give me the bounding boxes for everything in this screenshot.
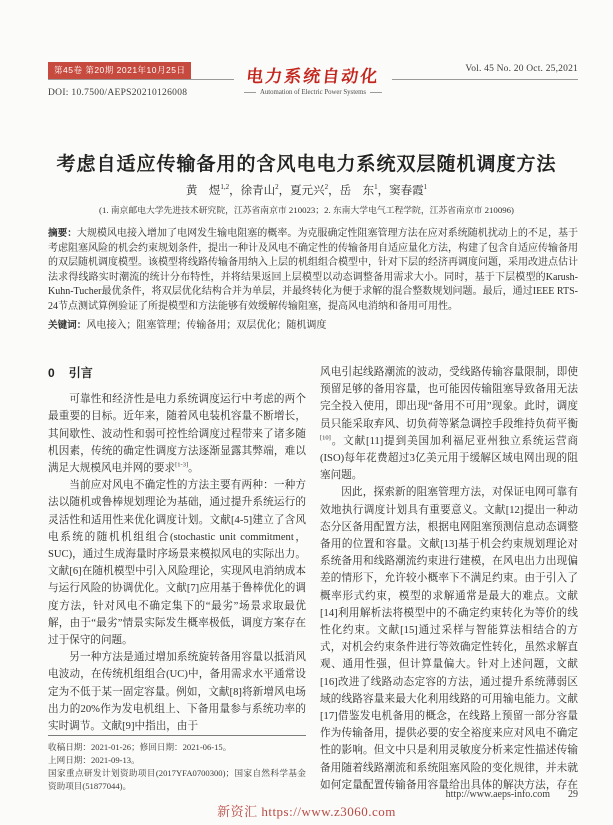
- intro-paragraph-3: 另一种方法是通过增加系统旋转备用容量以抵消风电波动，在传统机组组合(UC)中，备…: [48, 649, 306, 735]
- affiliation-line: (1. 南京邮电大学先进技术研究院，江苏省南京市 210023；2. 东南大学电…: [0, 203, 613, 216]
- page-header: 第45卷 第20期 2021年10月25日 DOI: 10.7500/AEPS2…: [48, 62, 578, 108]
- volume-info: Vol. 45 No. 20 Oct. 25,2021: [465, 64, 578, 74]
- journal-page: 第45卷 第20期 2021年10月25日 DOI: 10.7500/AEPS2…: [0, 0, 613, 825]
- keywords-line: 关键词：风电接入；阻塞管理；传输备用；双层优化；随机调度: [48, 319, 578, 334]
- keywords-label: 关键词：: [48, 320, 86, 331]
- intro-paragraph-4: 风电引起线路潮流的波动，受线路传输容量限制，即使预留足够的备用容量，也可能因传输…: [320, 364, 578, 484]
- abstract-label: 摘要：: [48, 228, 77, 239]
- section-heading-introduction: 0引言: [48, 365, 306, 382]
- abstract-text: 大规模风电接入增加了电网发生输电阻塞的概率。为克服确定性阻塞管理方法在应对系统随…: [48, 228, 578, 312]
- footnote-online-date: 上网日期：2021-09-13。: [48, 754, 306, 767]
- intro-paragraph-5: 因此，探索新的阻塞管理方法，对保证电网可靠有效地执行调度计划具有重要意义。文献[…: [320, 484, 578, 792]
- journal-website-url: http://www.aeps-info.com: [446, 789, 550, 800]
- footnote-block: 收稿日期：2021-01-26；修回日期：2021-06-15。 上网日期：20…: [48, 735, 306, 792]
- article-title: 考虑自适应传输备用的含风电电力系统双层随机调度方法: [0, 149, 613, 176]
- footnote-received-date: 收稿日期：2021-01-26；修回日期：2021-06-15。: [48, 741, 306, 754]
- right-column: 风电引起线路潮流的波动，受线路传输容量限制，即使预留足够的备用容量，也可能因传输…: [320, 364, 578, 792]
- page-number: 29: [568, 789, 578, 800]
- left-column: 0引言 可靠性和经济性是电力系统调度运行中考虑的两个最重要的目标。近年来，随着风…: [48, 364, 306, 792]
- intro-paragraph-1: 可靠性和经济性是电力系统调度运行中考虑的两个最重要的目标。近年来，随着风电装机容…: [48, 391, 306, 477]
- journal-logo-cn: 电力系统自动化: [243, 62, 384, 87]
- keywords-text: 风电接入；阻塞管理；传输备用；双层优化；随机调度: [86, 320, 326, 331]
- abstract-block: 摘要：大规模风电接入增加了电网发生输电阻塞的概率。为克服确定性阻塞管理方法在应对…: [48, 227, 578, 333]
- footnote-funding: 国家重点研发计划资助项目(2017YFA0700300)；国家自然科学基金资助项…: [48, 767, 306, 792]
- intro-paragraph-2: 当前应对风电不确定性的方法主要有两种：一种方法以随机或鲁棒规划理论为基础，通过提…: [48, 477, 306, 649]
- journal-logo-en: Automation of Electric Power Systems: [244, 89, 382, 96]
- body-columns: 0引言 可靠性和经济性是电力系统调度运行中考虑的两个最重要的目标。近年来，随着风…: [48, 364, 578, 792]
- doi-text: DOI: 10.7500/AEPS20210126008: [48, 88, 187, 98]
- page-footer: http://www.aeps-info.com29: [446, 789, 578, 800]
- issue-info-badge: 第45卷 第20期 2021年10月25日: [48, 62, 191, 79]
- section-number: 0: [48, 366, 55, 380]
- section-title: 引言: [69, 366, 93, 380]
- authors-line: 黄 煜1,2，徐青山2，夏元兴2，岳 东1，窦春霞1: [0, 182, 613, 198]
- abstract-paragraph: 摘要：大规模风电接入增加了电网发生输电阻塞的概率。为克服确定性阻塞管理方法在应对…: [48, 227, 578, 315]
- watermark-text: 新资汇 https://www.z3060.com: [0, 801, 613, 820]
- journal-brand: 电力系统自动化 Automation of Electric Power Sys…: [234, 62, 392, 96]
